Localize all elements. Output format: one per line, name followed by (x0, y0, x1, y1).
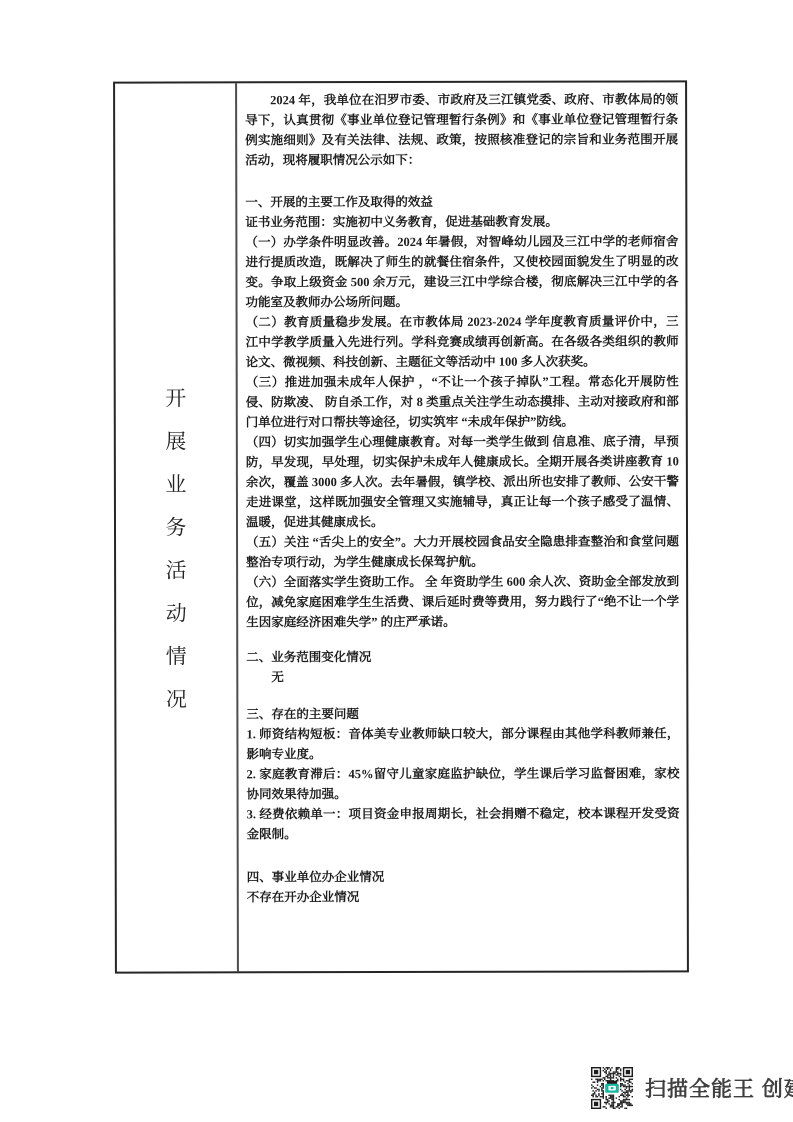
section-4-answer: 不存在开办企业情况 (247, 886, 680, 907)
row-header-char: 务 (165, 517, 186, 538)
section-1-item-1: （一）办学条件明显改善。2024 年暑假，对智峰幼儿园及三江中学的老师宿舍进行提… (245, 231, 678, 312)
section-1-item-4: （四）切实加强学生心理健康教育。对每一类学生做到 信息准、底子清，早预防，早发现… (246, 431, 679, 532)
problem-item-3: 3. 经费依赖单一：项目资金申报周期长，社会捐赠不稳定，校本课程开发受资金限制。 (247, 803, 680, 844)
watermark-text: 扫描全能王 创建 (645, 1073, 793, 1103)
row-header-char: 况 (166, 689, 187, 710)
section-2-heading: 二、业务范围变化情况 (246, 646, 679, 667)
section-1-item-3: （三）推进加强未成年人保护 ，“不让一个孩子掉队”工程。常态化开展防性侵、防欺凌… (246, 371, 679, 432)
row-header-char: 动 (166, 603, 187, 624)
section-4-heading: 四、事业单位办企业情况 (247, 866, 680, 887)
qr-code-icon (591, 1067, 633, 1109)
intro-paragraph: 2024 年，我单位在汨罗市委、市政府及三江镇党委、政府、市教体局的领导下，认真… (245, 89, 678, 170)
problem-item-2: 2. 家庭教育滞后：45%留守儿童家庭监护缺位，学生课后学习监督困难，家校协同效… (246, 763, 679, 804)
row-header-char: 展 (165, 431, 186, 452)
section-1-item-2: （二）教育质量稳步发展。在市教体局 2023-2024 学年度教育质量评价中，三… (246, 311, 679, 372)
section-1-heading: 一、开展的主要工作及取得的效益 (245, 191, 678, 212)
section-2-answer: 无 (246, 666, 679, 687)
problem-item-1: 1. 师资结构短板：音体美专业教师缺口较大，部分课程由其他学科教师兼任，影响专业… (246, 723, 679, 764)
row-header-char: 业 (165, 474, 186, 495)
section-3-heading: 三、存在的主要问题 (246, 703, 679, 724)
business-scope-line: 证书业务范围：实施初中义务教育，促进基础教育发展。 (245, 211, 678, 232)
row-header-char: 开 (165, 388, 186, 409)
document-table: 开 展 业 务 活 动 情 况 2024 年，我单位在汨罗市委、市政府及三江镇党… (113, 80, 689, 973)
camscanner-watermark: 扫描全能王 创建 (591, 1067, 793, 1109)
row-header-cell: 开 展 业 务 活 动 情 况 (115, 83, 239, 971)
content-cell: 2024 年，我单位在汨罗市委、市政府及三江镇党委、政府、市教体局的领导下，认真… (237, 82, 687, 971)
section-1-item-6: （六）全面落实学生资助工作。 全 年资助学生 600 余人次、资助金全部发放到位… (246, 571, 679, 632)
scanned-document-page: 开 展 业 务 活 动 情 况 2024 年，我单位在汨罗市委、市政府及三江镇党… (0, 0, 793, 1122)
row-header-char: 情 (166, 646, 187, 667)
row-header-char: 活 (166, 560, 187, 581)
section-1-item-5: （五）关注 “舌尖上的安全”。大力开展校园食品安全隐患排查整治和食堂问题整治专项… (246, 531, 679, 572)
